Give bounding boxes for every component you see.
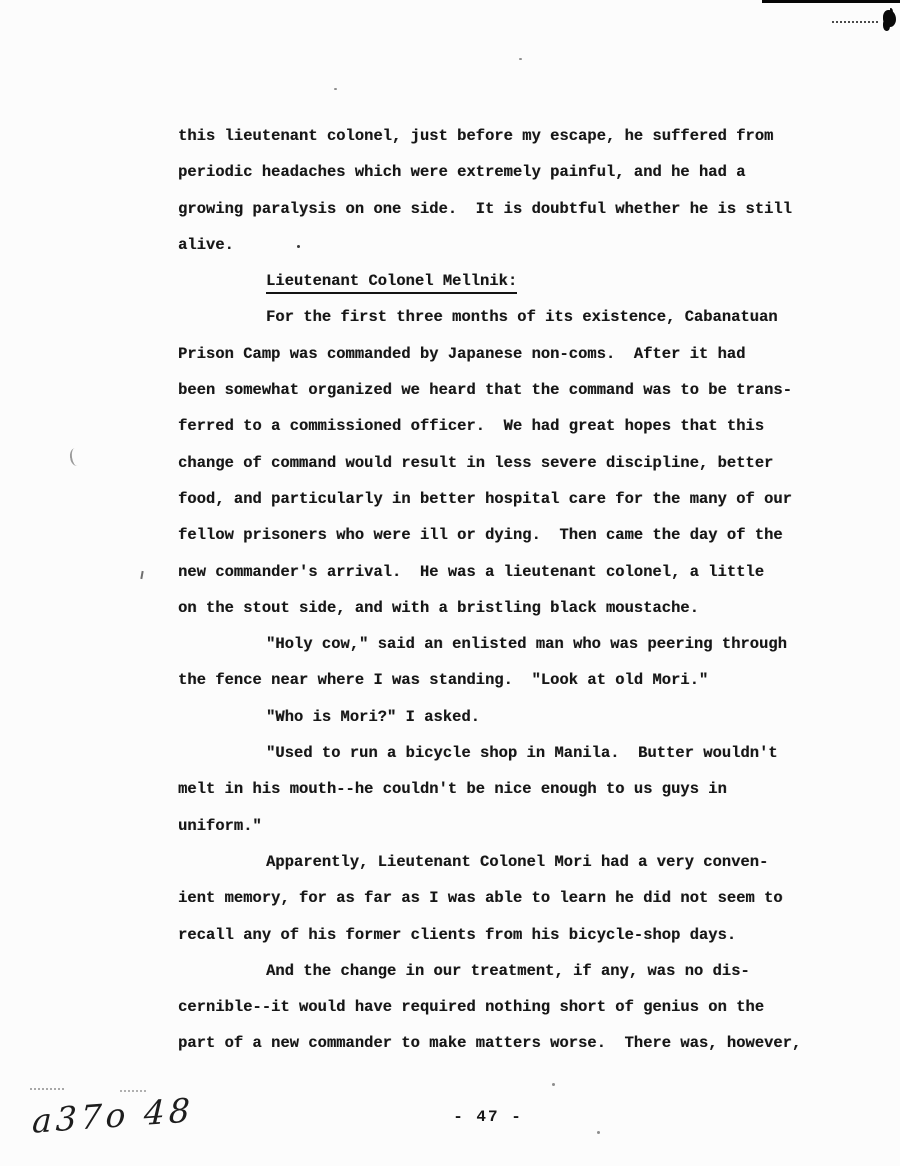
- text-line: change of command would result in less s…: [178, 445, 838, 481]
- text-line: "Who is Mori?" I asked.: [178, 699, 838, 735]
- text-line: For the first three months of its existe…: [178, 299, 838, 335]
- scan-speck: [519, 58, 522, 60]
- text-line: "Holy cow," said an enlisted man who was…: [178, 626, 838, 662]
- scan-speck: [334, 88, 337, 90]
- text-line: cernible--it would have required nothing…: [178, 989, 838, 1025]
- text-line: fellow prisoners who were ill or dying. …: [178, 517, 838, 553]
- text-line: growing paralysis on one side. It is dou…: [178, 191, 838, 227]
- handwritten-note: a37o 48: [32, 1090, 195, 1140]
- text-line: And the change in our treatment, if any,…: [178, 953, 838, 989]
- scan-speck: [597, 1131, 600, 1134]
- text-line: ferred to a commissioned officer. We had…: [178, 408, 838, 444]
- text-line: this lieutenant colonel, just before my …: [178, 118, 838, 154]
- scan-artifact: [140, 571, 143, 579]
- scan-speck: [552, 1083, 555, 1086]
- scan-speck: [120, 1090, 146, 1092]
- text-line: on the stout side, and with a bristling …: [178, 590, 838, 626]
- scan-edge-bar: [762, 0, 900, 3]
- scan-artifact: [69, 447, 83, 466]
- text-line: Prison Camp was commanded by Japanese no…: [178, 336, 838, 372]
- scanned-document-page: this lieutenant colonel, just before my …: [0, 0, 900, 1166]
- page-number: - 47 -: [178, 1108, 798, 1126]
- text-line: the fence near where I was standing. "Lo…: [178, 662, 838, 698]
- scan-dot-trail: [832, 21, 878, 23]
- section-heading-text: Lieutenant Colonel Mellnik:: [266, 272, 517, 294]
- text-line: food, and particularly in better hospita…: [178, 481, 838, 517]
- ink-smudge: [883, 10, 896, 27]
- text-line: "Used to run a bicycle shop in Manila. B…: [178, 735, 838, 771]
- text-line: Apparently, Lieutenant Colonel Mori had …: [178, 844, 838, 880]
- text-line: recall any of his former clients from hi…: [178, 917, 838, 953]
- text-line: new commander's arrival. He was a lieute…: [178, 554, 838, 590]
- document-lines: this lieutenant colonel, just before my …: [178, 118, 838, 1062]
- text-line: melt in his mouth--he couldn't be nice e…: [178, 771, 838, 807]
- text-line: alive.: [178, 227, 838, 263]
- text-line: uniform.": [178, 808, 838, 844]
- text-line: ient memory, for as far as I was able to…: [178, 880, 838, 916]
- section-heading: Lieutenant Colonel Mellnik:: [178, 263, 838, 299]
- text-line: periodic headaches which were extremely …: [178, 154, 838, 190]
- text-line: been somewhat organized we heard that th…: [178, 372, 838, 408]
- scan-speck: [30, 1088, 64, 1090]
- text-line: part of a new commander to make matters …: [178, 1025, 838, 1061]
